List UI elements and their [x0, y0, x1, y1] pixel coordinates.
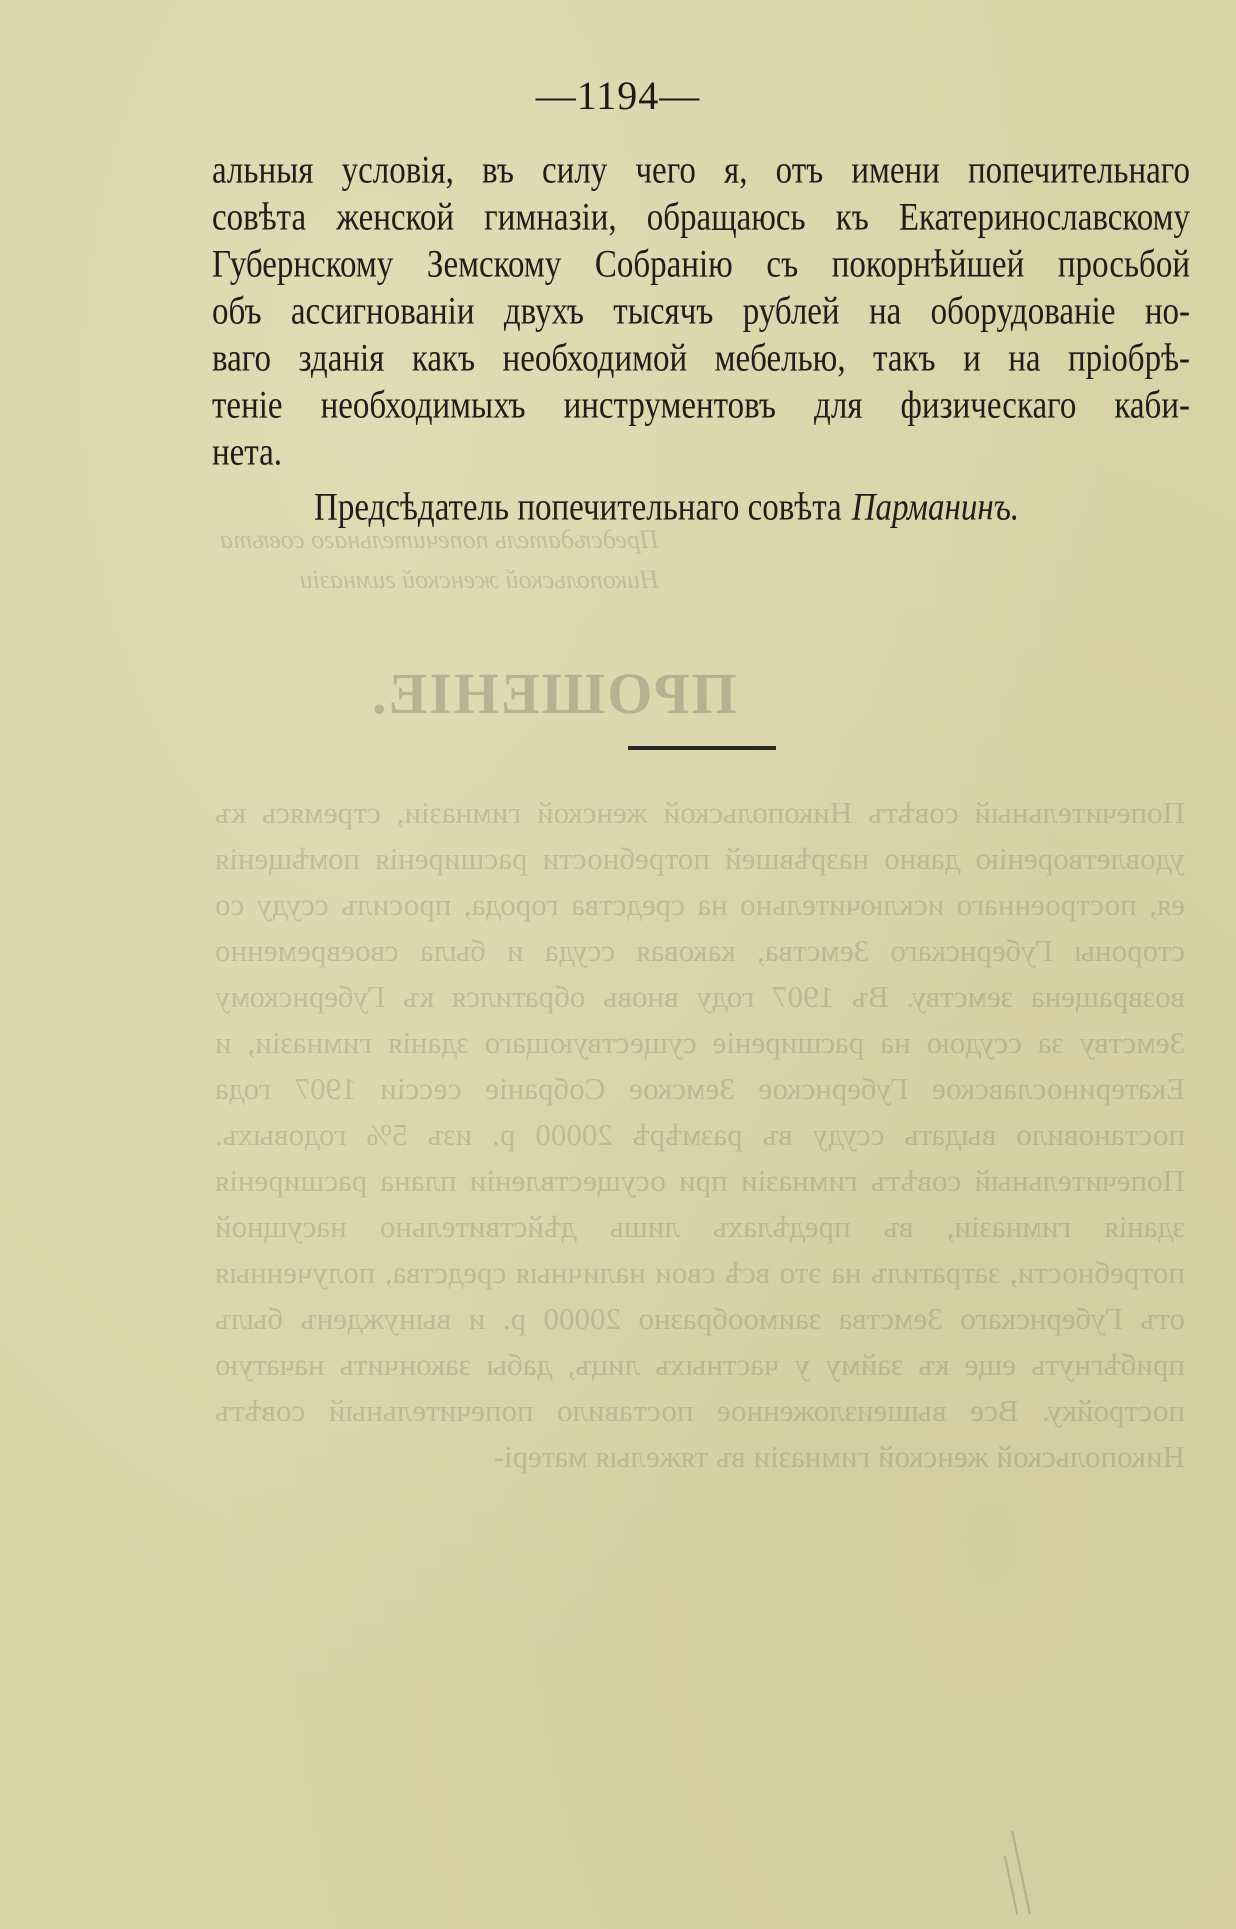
text-line: нета.	[212, 426, 1190, 481]
scan-mark	[1004, 1855, 1018, 1914]
bleed-through-body: Попечительный совѣтъ Никопольской женско…	[215, 790, 1185, 1480]
body-text: альныя условія, въ силу чего я, отъ имен…	[212, 148, 1190, 477]
bleed-through-signature-line: Никопольской женской гимназіи	[220, 560, 659, 600]
signature-name: Парманинъ.	[852, 487, 1019, 529]
section-divider	[628, 746, 776, 750]
signature-title: Предсѣдатель попечительнаго совѣта	[314, 487, 842, 529]
bleed-through-signature: Предсѣдатель попечительнаго совѣта Никоп…	[220, 520, 659, 600]
page-number: —1194—	[0, 72, 1236, 119]
bleed-through-title: ПРОШЕНІЕ.	[370, 660, 737, 727]
signature: Предсѣдатель попечительнаго совѣтаПарман…	[314, 487, 1019, 531]
